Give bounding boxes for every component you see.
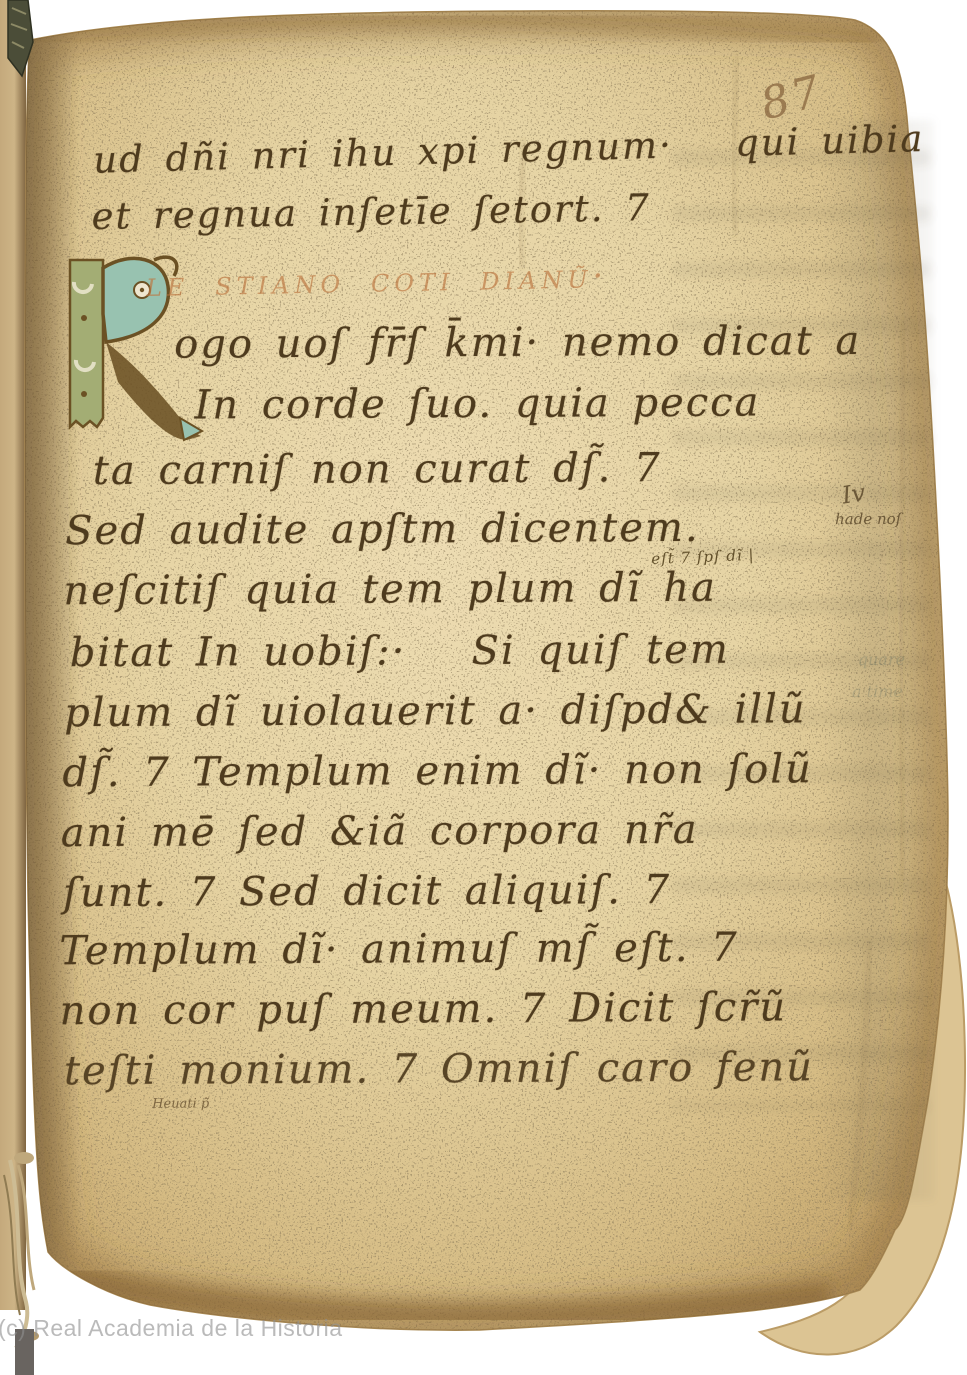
text-line: bitat In uobiſ:· Si quiſ tem <box>70 627 730 676</box>
text-line: teſti monium. 7 Omniſ caro fenũ <box>64 1044 814 1094</box>
margin-mark: Iv <box>840 479 867 510</box>
text-line: In corde ſuo. quia pecca <box>194 380 760 429</box>
rubric-line: le ſtiano coti dianũ· <box>146 256 609 305</box>
margin-note: hade noſ <box>835 510 901 528</box>
catchword-note: Heuati p̃ <box>152 1096 209 1111</box>
text-line: ani mē ſed &iã corpora nr̃a <box>61 807 699 856</box>
text-line: ogo uoſ fr̄ſ k̄mi· nemo dicat a <box>174 318 861 368</box>
text-line: plum dĩ uiolauerit a· diſpd& illũ <box>64 686 807 736</box>
text-line: ſunt. 7 Sed dicit aliquiſ. 7 <box>63 867 671 916</box>
text-line: Sed audite apſtm dicentem. <box>65 505 700 554</box>
text-layer: 87 ud dñi nri ihu xpi regnum· qui uibia … <box>0 0 967 1375</box>
text-line: dſ̃. 7 Templum enim dĩ· non ſolũ <box>62 746 813 796</box>
interlinear-gloss: eſt̃ 7 ſpſ dĩ | <box>651 546 755 568</box>
header-line-1: ud dñi nri ihu xpi regnum· qui uibia <box>93 117 925 182</box>
text-line: non cor puſ meum. 7 Dicit ſcr̃ũ <box>60 984 788 1034</box>
text-line: neſcitiſ quia tem plum dĩ ha <box>63 565 717 614</box>
faint-margin-note: a time <box>852 682 903 701</box>
header-line-2: et regnua inſetīe ſetort. 7 <box>91 186 651 238</box>
text-line: ta carniſ non curat dſ̃. 7 <box>93 445 662 494</box>
faint-margin-note: quare <box>858 650 905 669</box>
manuscript-scan: 87 ud dñi nri ihu xpi regnum· qui uibia … <box>0 0 967 1375</box>
text-line: Templum dĩ· animuſ mſ̃ eſt. 7 <box>59 925 739 975</box>
copyright-watermark: (c) Real Academia de la Historia <box>0 1315 343 1342</box>
